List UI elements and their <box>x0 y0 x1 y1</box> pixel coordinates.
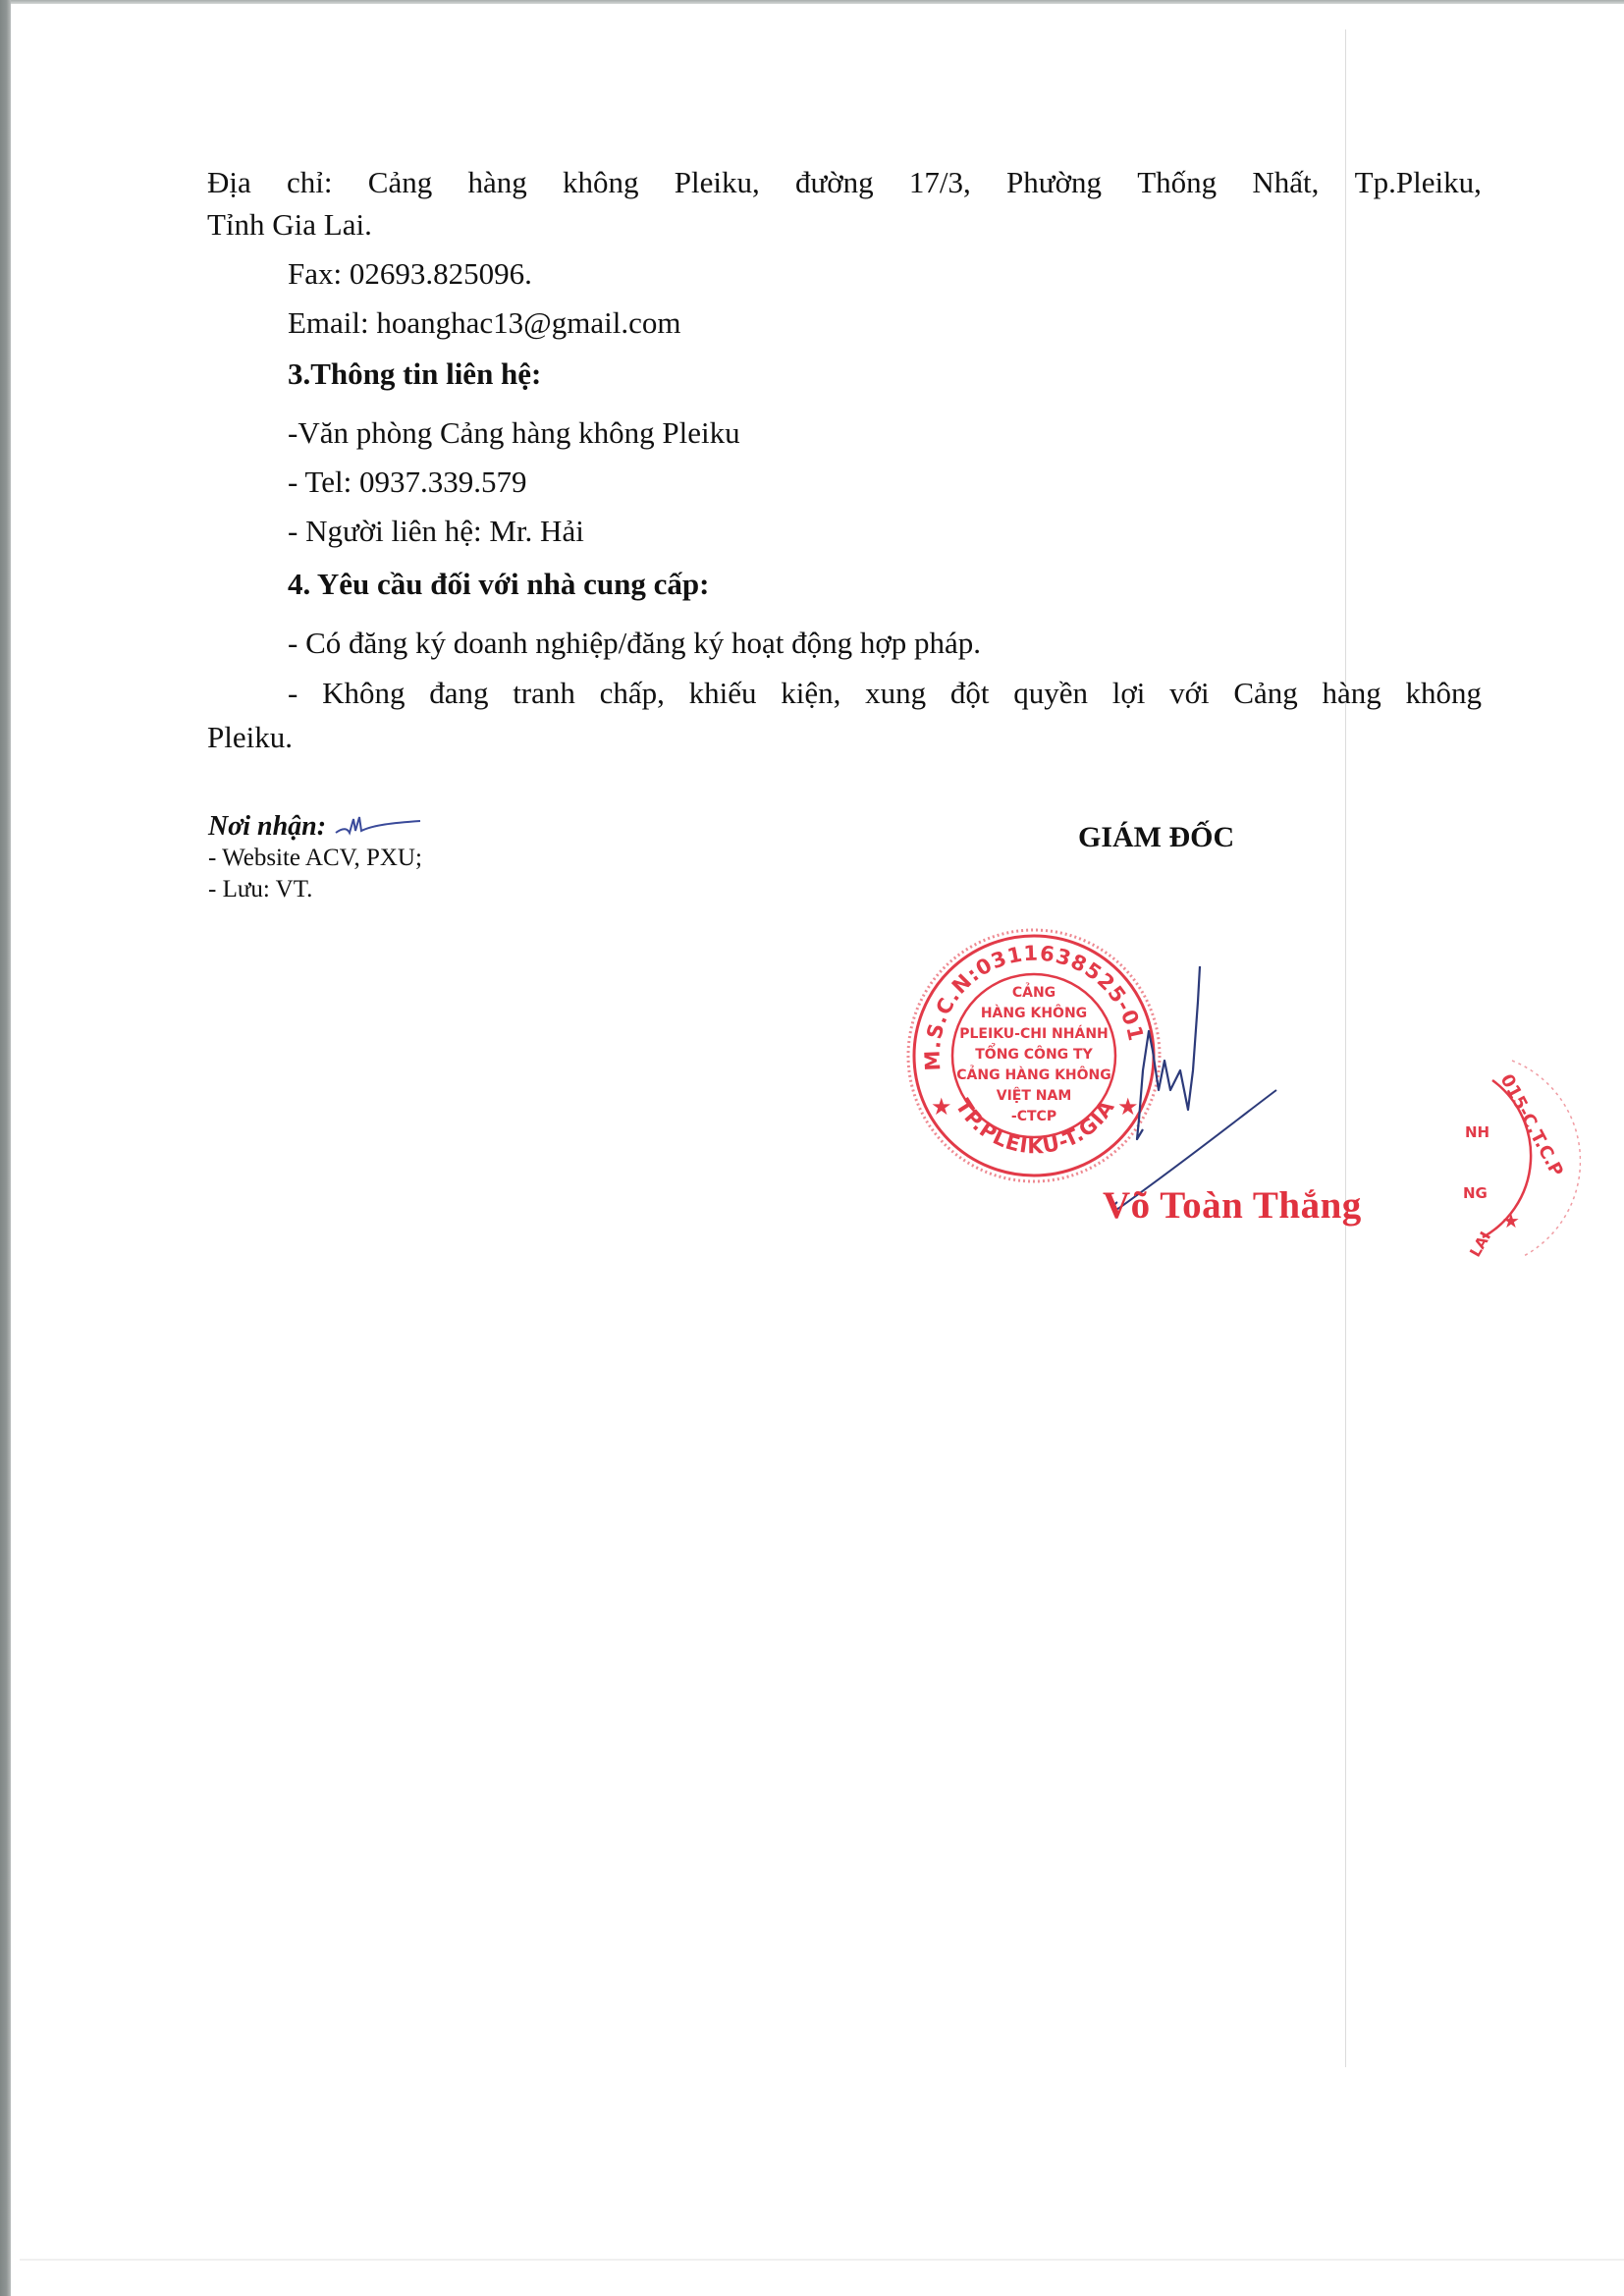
email-line: Email: hoanghac13@gmail.com <box>288 306 680 340</box>
director-title: GIÁM ĐỐC <box>1078 821 1234 854</box>
scan-edge-top <box>11 0 1624 4</box>
requirement-1: - Có đăng ký doanh nghiệp/đăng ký hoạt đ… <box>288 627 981 660</box>
word: tranh <box>513 676 575 711</box>
requirement-2-line-1: -Khôngđangtranhchấp,khiếukiện,xungđộtquy… <box>288 676 1482 711</box>
word: Địa <box>207 165 251 200</box>
partial-stamp-inner-1: NH <box>1465 1123 1489 1141</box>
requirement-2-line-2: Pleiku. <box>207 721 293 754</box>
scan-edge-left <box>0 0 11 2296</box>
partial-stamp-inner-2: NG <box>1463 1184 1488 1202</box>
initials-signature-icon <box>334 811 422 841</box>
address-line-2: Tỉnh Gia Lai. <box>207 208 372 242</box>
stamp-inner-line: VIỆT NAM <box>997 1086 1072 1104</box>
word: đang <box>429 676 488 711</box>
word: xung <box>865 676 926 711</box>
partial-stamp-icon: 015-C.T.C.P NH NG ★ LAI <box>1463 1051 1581 1267</box>
section-4-heading: 4. Yêu cầu đối với nhà cung cấp: <box>288 568 709 601</box>
word: Phường <box>1006 165 1102 200</box>
word: hàng <box>467 165 526 200</box>
scan-smudge <box>20 2259 1624 2261</box>
recipient-item: - Lưu: VT. <box>208 874 422 905</box>
word: - <box>288 676 298 711</box>
word: hàng <box>1322 676 1380 711</box>
stamp-inner-line: -CTCP <box>1011 1109 1056 1124</box>
word: đột <box>950 676 990 711</box>
recipient-item: - Website ACV, PXU; <box>208 843 422 874</box>
svg-text:★: ★ <box>1502 1211 1520 1232</box>
word: quyền <box>1013 676 1088 711</box>
word: lợi <box>1112 676 1146 711</box>
stamp-inner-line: CẢNG <box>1012 982 1056 1001</box>
signer-name: Võ Toàn Thắng <box>1103 1183 1362 1228</box>
svg-text:★: ★ <box>931 1095 952 1121</box>
word: Nhất, <box>1252 165 1319 200</box>
stamp-inner-line: TỔNG CÔNG TY <box>975 1043 1093 1063</box>
word: Thống <box>1137 165 1217 200</box>
section-3-heading: 3.Thông tin liên hệ: <box>288 357 541 391</box>
page-fold-line <box>1345 29 1346 2067</box>
word: Không <box>322 676 405 711</box>
stamp-inner-line: PLEIKU-CHI NHÁNH <box>959 1025 1109 1042</box>
word: Cảng <box>368 165 432 200</box>
stamp-inner-line: CẢNG HÀNG KHÔNG <box>956 1065 1111 1083</box>
word: chấp, <box>600 676 665 711</box>
contact-tel: - Tel: 0937.339.579 <box>288 465 527 499</box>
word: kiện, <box>781 676 840 711</box>
word: không <box>563 165 639 200</box>
word: không <box>1405 676 1482 711</box>
fax-line: Fax: 02693.825096. <box>288 257 532 291</box>
word: đường <box>795 165 874 200</box>
handwritten-signature-icon <box>1100 962 1296 1218</box>
word: Cảng <box>1233 676 1297 711</box>
word: khiếu <box>689 676 757 711</box>
stamp-inner-line: HÀNG KHÔNG <box>981 1004 1087 1021</box>
word: 17/3, <box>909 165 971 200</box>
contact-office: -Văn phòng Cảng hàng không Pleiku <box>288 416 740 450</box>
address-line-1: Địachỉ:CảnghàngkhôngPleiku,đường17/3,Phư… <box>207 165 1482 200</box>
word: Tp.Pleiku, <box>1355 165 1482 200</box>
word: với <box>1169 676 1210 711</box>
word: chỉ: <box>287 165 333 200</box>
word: Pleiku, <box>675 165 760 200</box>
contact-person: - Người liên hệ: Mr. Hải <box>288 515 584 548</box>
